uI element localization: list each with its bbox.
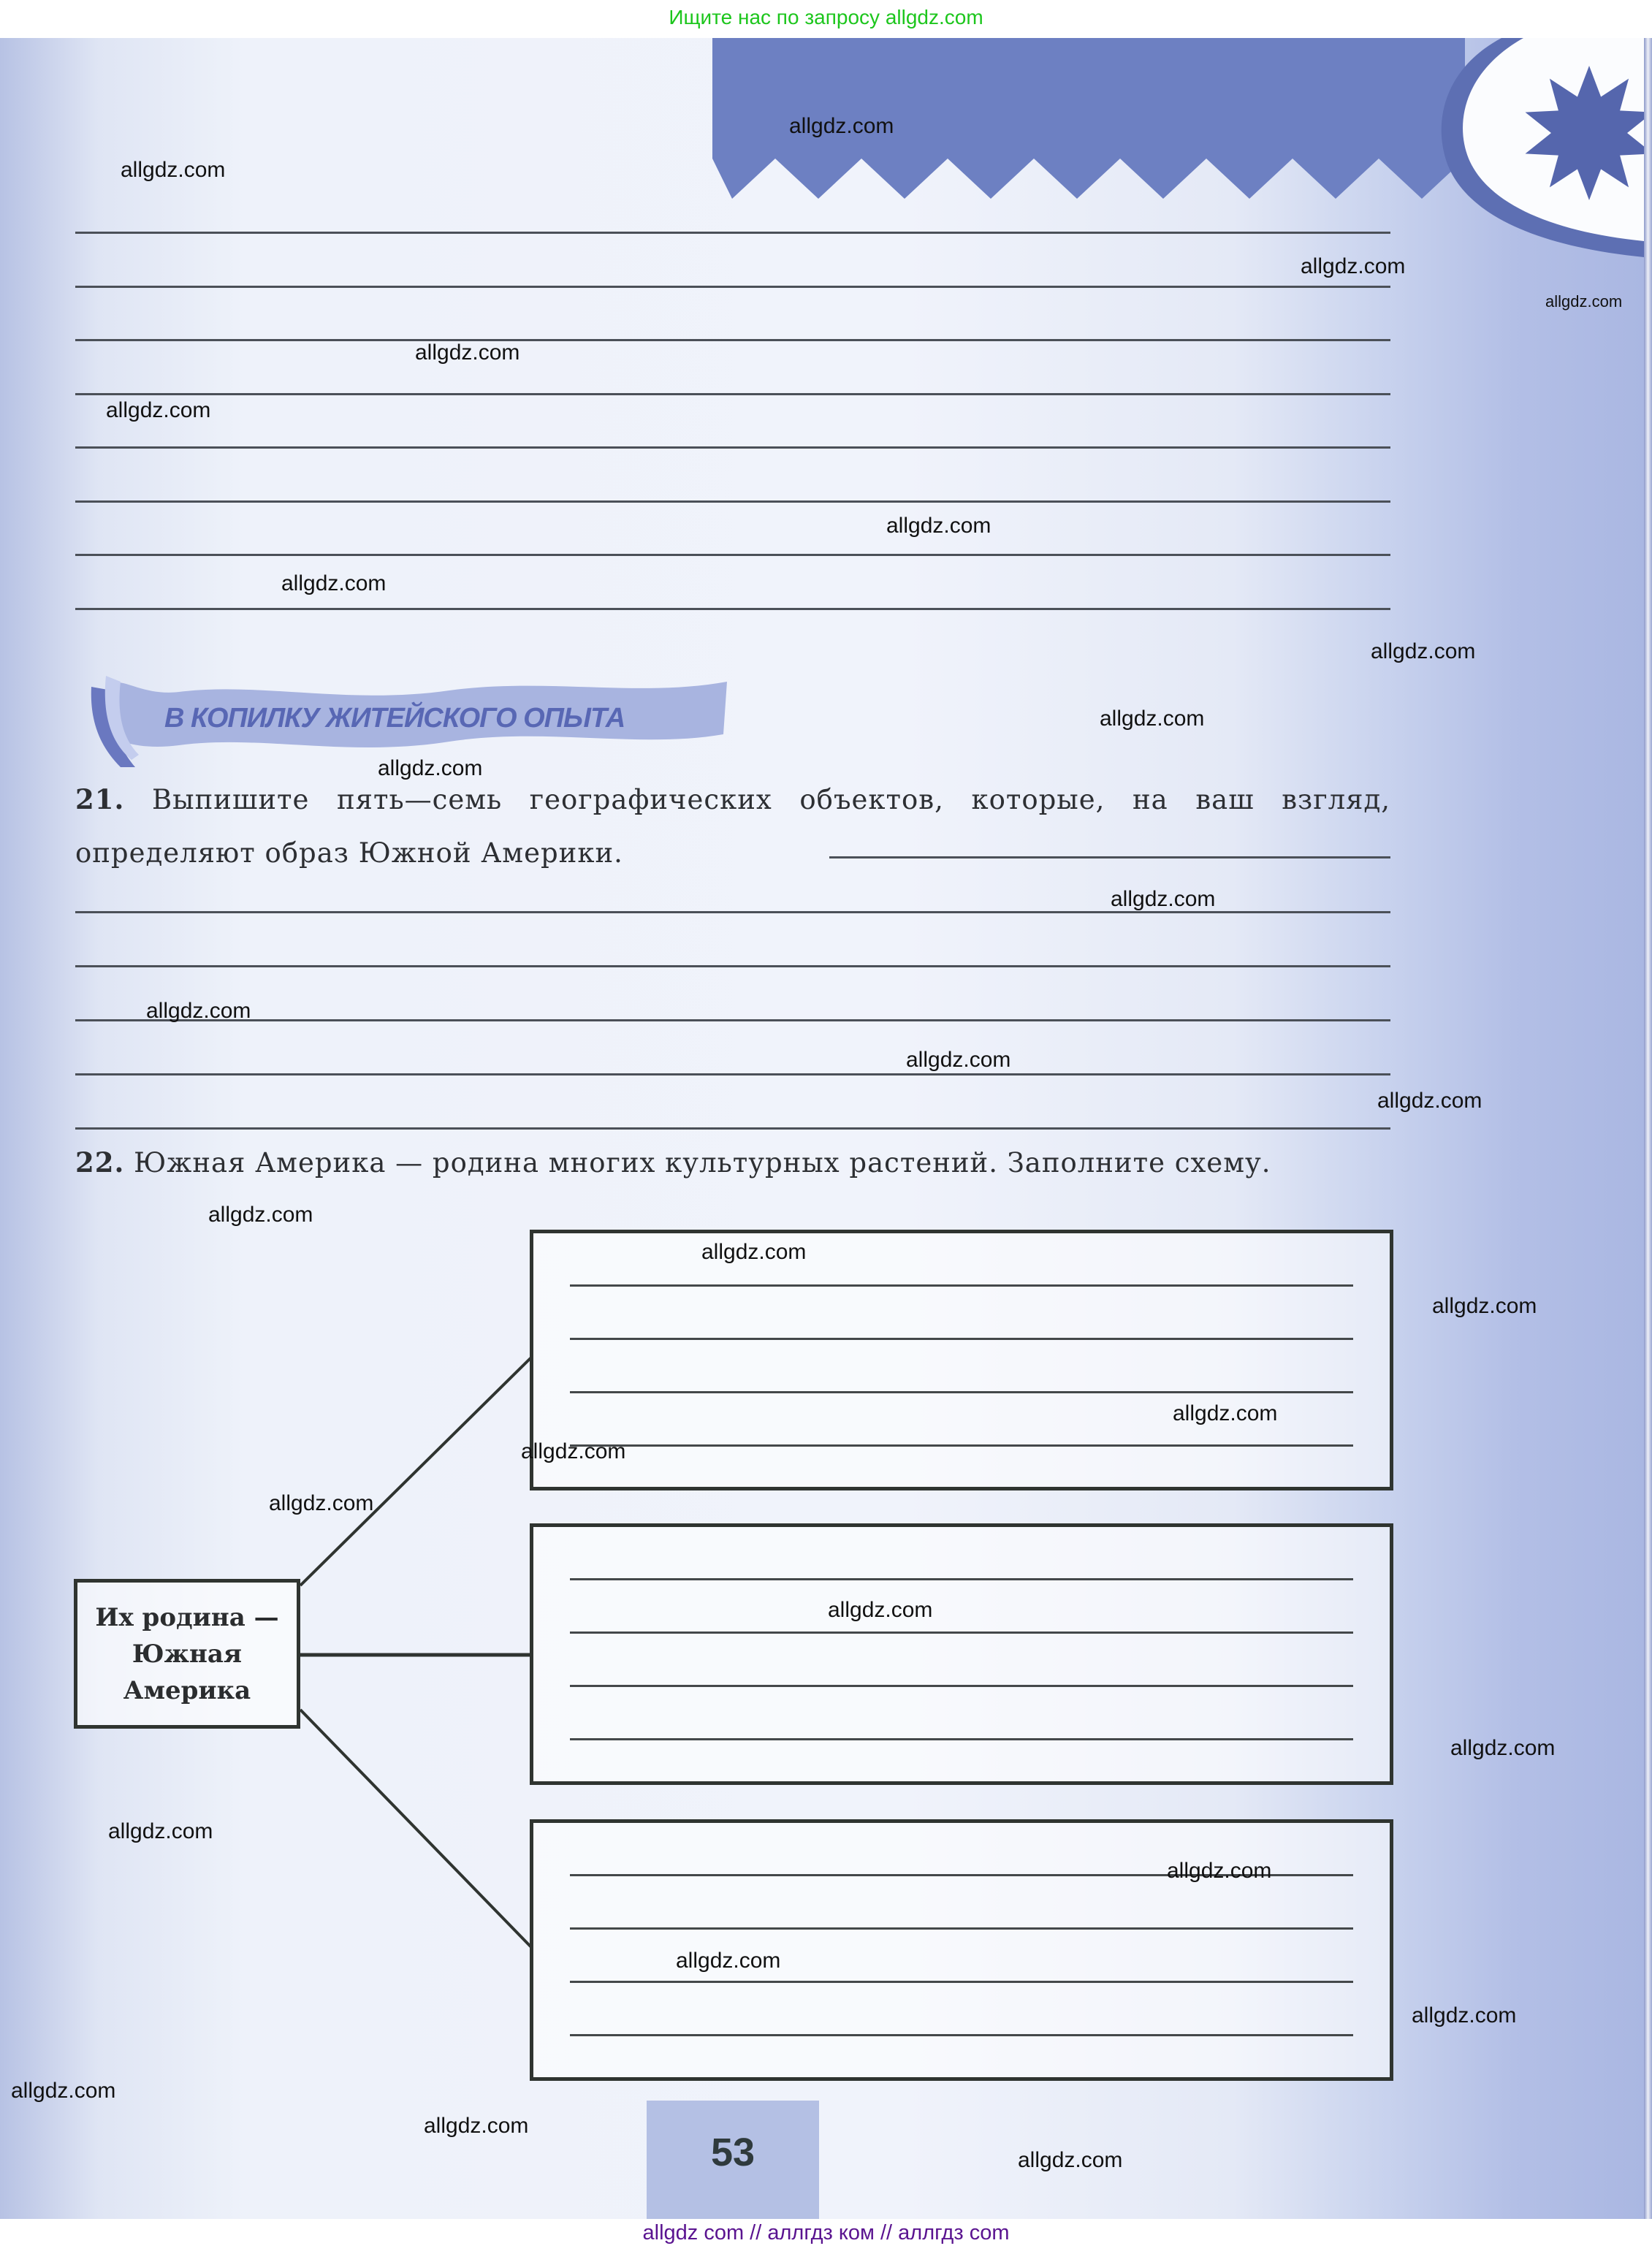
watermark: allgdz.com bbox=[269, 1491, 373, 1516]
watermark: allgdz.com bbox=[1450, 1736, 1555, 1761]
page-edge bbox=[1644, 38, 1652, 2219]
answer-line[interactable] bbox=[570, 1391, 1353, 1393]
answer-line[interactable] bbox=[570, 1981, 1353, 1983]
watermark: allgdz.com bbox=[1432, 1294, 1537, 1319]
watermark: allgdz.com bbox=[424, 2114, 528, 2139]
task-22: 22. Южная Америка — родина многих культу… bbox=[75, 1136, 1390, 1189]
footer-watermark: allgdz com // аллгдз ком // аллгдз com bbox=[0, 2221, 1652, 2245]
task-21-number: 21. bbox=[75, 783, 124, 815]
watermark: allgdz.com bbox=[1111, 887, 1215, 912]
center-label-line-1: Их родина — bbox=[95, 1599, 278, 1636]
answer-line[interactable] bbox=[75, 500, 1390, 503]
watermark: allgdz.com bbox=[886, 514, 991, 538]
watermark: allgdz.com bbox=[1377, 1089, 1482, 1113]
watermark: allgdz.com bbox=[1100, 707, 1204, 731]
answer-line[interactable] bbox=[75, 965, 1390, 967]
watermark: allgdz.com bbox=[208, 1203, 313, 1227]
answer-line[interactable] bbox=[570, 1738, 1353, 1740]
answer-line[interactable] bbox=[570, 1632, 1353, 1634]
page-number-box: 53 bbox=[647, 2101, 819, 2219]
watermark: allgdz.com bbox=[106, 398, 210, 423]
answer-line[interactable] bbox=[570, 1444, 1353, 1447]
watermark: allgdz.com bbox=[828, 1598, 932, 1623]
task-21: 21. Выпишите пять—семь географических об… bbox=[75, 773, 1390, 880]
watermark: allgdz.com bbox=[1301, 254, 1405, 279]
answer-line[interactable] bbox=[75, 1019, 1390, 1021]
watermark: allgdz.com bbox=[1173, 1401, 1277, 1426]
watermark: allgdz.com bbox=[281, 571, 386, 596]
answer-line[interactable] bbox=[829, 856, 1390, 858]
answer-line[interactable] bbox=[570, 1338, 1353, 1340]
answer-line[interactable] bbox=[75, 232, 1390, 234]
answer-line[interactable] bbox=[75, 446, 1390, 449]
section-title: В КОПИЛКУ ЖИТЕЙСКОГО ОПЫТА bbox=[164, 703, 625, 734]
watermark: allgdz.com bbox=[1371, 639, 1475, 664]
answer-line[interactable] bbox=[75, 286, 1390, 288]
answer-line[interactable] bbox=[570, 2034, 1353, 2036]
watermark: allgdz.com bbox=[378, 756, 482, 781]
watermark: allgdz.com bbox=[906, 1048, 1010, 1073]
watermark: allgdz.com bbox=[146, 999, 251, 1024]
answer-line[interactable] bbox=[75, 393, 1390, 395]
watermark: allgdz.com bbox=[1167, 1859, 1271, 1884]
scheme-answer-box-2 bbox=[530, 1523, 1393, 1785]
answer-line[interactable] bbox=[75, 1127, 1390, 1130]
answer-line[interactable] bbox=[75, 608, 1390, 610]
center-label-line-2: Южная bbox=[95, 1636, 278, 1672]
task-22-text: Южная Америка — родина многих культурных… bbox=[134, 1147, 1271, 1179]
answer-line[interactable] bbox=[570, 1927, 1353, 1930]
answer-line[interactable] bbox=[570, 1578, 1353, 1580]
page-number: 53 bbox=[647, 2130, 819, 2175]
answer-line[interactable] bbox=[570, 1284, 1353, 1287]
star-emblem-icon bbox=[1432, 38, 1644, 272]
watermark: allgdz.com bbox=[701, 1240, 806, 1265]
watermark: allgdz.com bbox=[789, 114, 894, 139]
watermark: allgdz.com bbox=[108, 1819, 213, 1844]
watermark: allgdz.com bbox=[1412, 2003, 1516, 2028]
watermark: allgdz.com bbox=[415, 340, 519, 365]
center-label-line-3: Америка bbox=[95, 1672, 278, 1709]
answer-line[interactable] bbox=[75, 339, 1390, 341]
watermark: allgdz.com bbox=[11, 2079, 115, 2103]
watermark: allgdz.com bbox=[521, 1439, 625, 1464]
search-banner: Ищите нас по запросу allgdz.com bbox=[0, 0, 1652, 38]
answer-line[interactable] bbox=[75, 554, 1390, 556]
answer-line[interactable] bbox=[570, 1685, 1353, 1687]
answer-line[interactable] bbox=[75, 1073, 1390, 1075]
watermark: allgdz.com bbox=[676, 1949, 780, 1973]
task-22-number: 22. bbox=[75, 1146, 124, 1179]
scheme-center-box: Их родина — Южная Америка bbox=[74, 1579, 300, 1729]
watermark: allgdz.com bbox=[121, 158, 225, 183]
watermark: allgdz.com bbox=[1545, 292, 1622, 311]
watermark: allgdz.com bbox=[1018, 2148, 1122, 2173]
scheme-answer-box-1 bbox=[530, 1230, 1393, 1490]
